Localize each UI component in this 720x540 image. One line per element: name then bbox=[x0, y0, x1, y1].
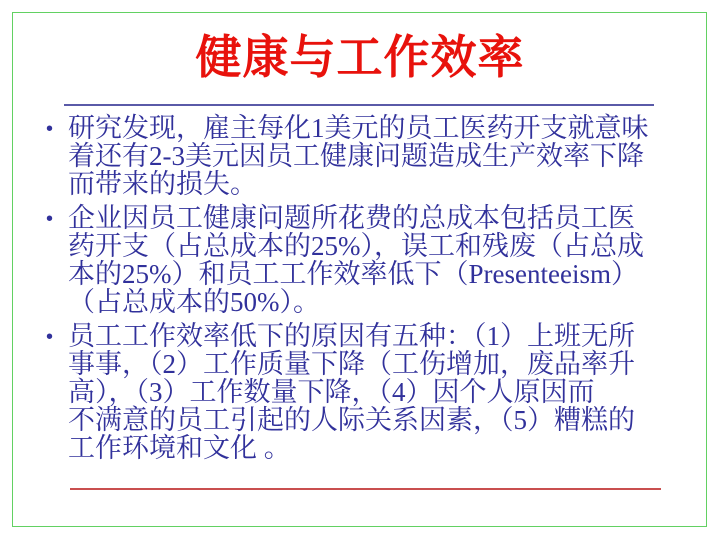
bullet-marker: • bbox=[46, 204, 68, 233]
bottom-divider bbox=[70, 488, 661, 490]
bullet-text-2: 企业因员工健康问题所花费的总成本包括员工医 药开支（占总成本的25%），误工和残… bbox=[68, 204, 644, 316]
bullet-item-2: • 企业因员工健康问题所花费的总成本包括员工医 药开支（占总成本的25%），误工… bbox=[46, 204, 678, 316]
title-divider bbox=[64, 104, 654, 106]
bullet-item-3: • 员工工作效率低下的原因有五种：（1）上班无所 事事，（2）工作质量下降（工伤… bbox=[46, 322, 678, 462]
bullet-marker: • bbox=[46, 322, 68, 351]
bullet-text-3: 员工工作效率低下的原因有五种：（1）上班无所 事事，（2）工作质量下降（工伤增加… bbox=[68, 322, 635, 462]
bullet-marker: • bbox=[46, 114, 68, 143]
slide-title: 健康与工作效率 bbox=[0, 30, 720, 85]
bullet-list: • 研究发现，雇主每化1美元的员工医药开支就意味 着还有2-3美元因员工健康问题… bbox=[46, 114, 678, 468]
bullet-item-1: • 研究发现，雇主每化1美元的员工医药开支就意味 着还有2-3美元因员工健康问题… bbox=[46, 114, 678, 198]
bullet-text-1: 研究发现，雇主每化1美元的员工医药开支就意味 着还有2-3美元因员工健康问题造成… bbox=[68, 114, 649, 198]
presentation-slide: 健康与工作效率 • 研究发现，雇主每化1美元的员工医药开支就意味 着还有2-3美… bbox=[0, 0, 720, 540]
